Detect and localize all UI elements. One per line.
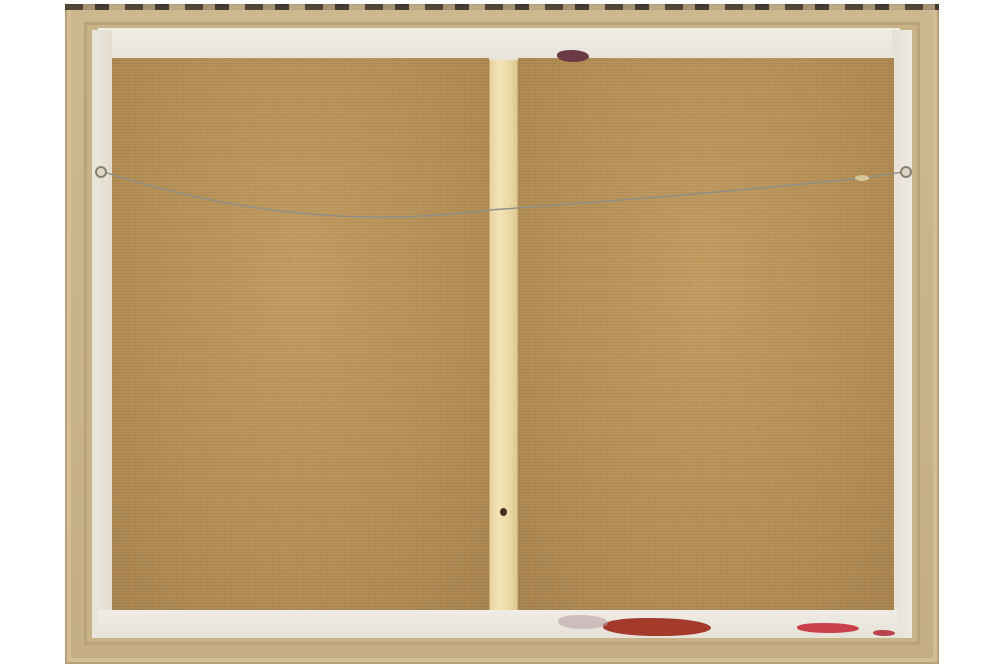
hanging-hook-right xyxy=(900,166,912,178)
hanging-hook-left xyxy=(95,166,107,178)
hanging-wire xyxy=(0,0,1000,667)
